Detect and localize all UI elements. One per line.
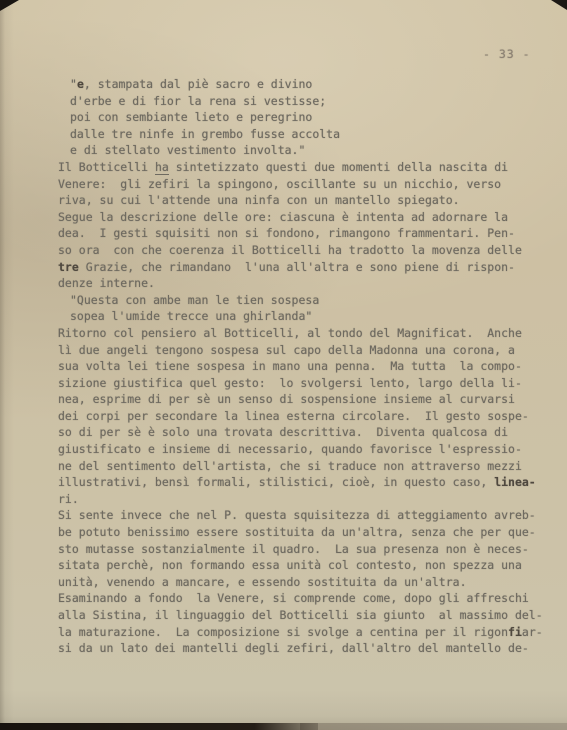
text-segment: Venere: gli zefiri la spingono, oscillan…: [58, 177, 501, 191]
text-segment: ": [70, 77, 77, 91]
text-segment: ri.: [58, 492, 79, 506]
text-segment: lì due angeli tengono sospesa sul capo d…: [58, 343, 515, 357]
text-line: illustrativi, bensì formali, stilistici,…: [58, 474, 558, 491]
scanned-page-photo: - 33 - "e, stampata dal piè sacro e divi…: [0, 0, 567, 730]
text-segment: Ritorno col pensiero al Botticelli, al t…: [58, 326, 522, 340]
text-segment: giustificato e insieme di necessario, qu…: [58, 442, 522, 456]
text-segment: be potuto benissimo essere sostituita da…: [58, 525, 536, 539]
text-segment: "Questa con ambe man le tien sospesa: [70, 293, 319, 307]
text-line: sopea l'umide trecce una ghirlanda": [58, 308, 558, 325]
text-line: Segue la descrizione delle ore: ciascuna…: [58, 209, 558, 226]
text-line: riva, su cui l'attende una ninfa con un …: [58, 192, 558, 209]
text-segment: Si sente invece che nel P. questa squisi…: [58, 508, 536, 522]
text-segment: alla Sistina, il linguaggio del Botticel…: [58, 608, 543, 622]
text-line: ri.: [58, 491, 558, 508]
text-segment: ar-: [522, 625, 543, 639]
text-line: giustificato e insieme di necessario, qu…: [58, 441, 558, 458]
text-segment: , stampata dal piè sacro e divino: [84, 77, 312, 91]
text-line: tre Grazie, che rimandano l'una all'altr…: [58, 259, 558, 276]
text-line: lì due angeli tengono sospesa sul capo d…: [58, 342, 558, 359]
text-segment: sua volta lei tiene sospesa in mano una …: [58, 359, 522, 373]
text-segment: Il Botticelli: [58, 160, 155, 174]
text-segment: Grazie, che rimandano l'una all'altra e …: [79, 260, 515, 274]
text-segment: illustrativi, bensì formali, stilistici,…: [58, 475, 494, 489]
text-segment: riva, su cui l'attende una ninfa con un …: [58, 193, 460, 207]
text-segment: denze interne.: [58, 276, 155, 290]
text-line: si da un lato dei mantelli degli zefiri,…: [58, 640, 558, 657]
text-segment: Esaminando a fondo la Venere, si compren…: [58, 591, 529, 605]
text-segment: e: [77, 77, 84, 91]
text-segment: linea-: [494, 475, 536, 489]
text-line: dalle tre ninfe in grembo fusse accolta: [58, 126, 558, 143]
text-segment: la maturazione. La composizione si svolg…: [58, 625, 508, 639]
page-number: - 33 -: [483, 47, 531, 61]
text-segment: d'erbe e di fior la rena si vestisse;: [70, 94, 326, 108]
text-line: be potuto benissimo essere sostituita da…: [58, 524, 558, 541]
text-line: nea, esprime di per sè un senso di sospe…: [58, 391, 558, 408]
text-line: Ritorno col pensiero al Botticelli, al t…: [58, 325, 558, 342]
text-line: sua volta lei tiene sospesa in mano una …: [58, 358, 558, 375]
text-line: sizione giustifica quel gesto: lo svolge…: [58, 375, 558, 392]
text-segment: Segue la descrizione delle ore: ciascuna…: [58, 210, 508, 224]
text-line: ne del sentimento dell'artista, che si t…: [58, 458, 558, 475]
text-segment: so di per sè è solo una trovata descritt…: [58, 425, 508, 439]
text-segment: sintetizzato questi due momenti della na…: [169, 160, 508, 174]
text-line: Esaminando a fondo la Venere, si compren…: [58, 590, 558, 607]
text-line: sitata perchè, non formando essa unità c…: [58, 557, 558, 574]
text-line: d'erbe e di fior la rena si vestisse;: [58, 93, 558, 110]
text-line: dei corpi per secondare la linea esterna…: [58, 408, 558, 425]
text-segment: nea, esprime di per sè un senso di sospe…: [58, 392, 515, 406]
text-line: poi con sembiante lieto e peregrino: [58, 109, 558, 126]
scan-edge-bottom-light: [300, 723, 567, 730]
text-line: so ora con che coerenza il Botticelli ha…: [58, 242, 558, 259]
text-segment: e di stellato vestimento involta.": [70, 143, 305, 157]
text-line: sto mutasse sostanzialmente il quadro. L…: [58, 541, 558, 558]
text-line: dea. I gesti squisiti non si fondono, ri…: [58, 225, 558, 242]
text-segment: unità, venendo a mancare, e essendo sost…: [58, 575, 467, 589]
text-segment: ne del sentimento dell'artista, che si t…: [58, 459, 522, 473]
text-segment: dalle tre ninfe in grembo fusse accolta: [70, 127, 340, 141]
text-line: unità, venendo a mancare, e essendo sost…: [58, 574, 558, 591]
text-segment: poi con sembiante lieto e peregrino: [70, 110, 312, 124]
text-line: Venere: gli zefiri la spingono, oscillan…: [58, 176, 558, 193]
text-segment: sizione giustifica quel gesto: lo svolge…: [58, 376, 522, 390]
text-segment: tre: [58, 260, 79, 274]
text-line: "Questa con ambe man le tien sospesa: [58, 292, 558, 309]
text-segment: sitata perchè, non formando essa unità c…: [58, 558, 522, 572]
text-line: alla Sistina, il linguaggio del Botticel…: [58, 607, 558, 624]
text-line: Si sente invece che nel P. questa squisi…: [58, 507, 558, 524]
text-segment: dei corpi per secondare la linea esterna…: [58, 409, 529, 423]
scan-edge-bottom-dark: [0, 723, 318, 730]
text-segment: fi: [508, 625, 522, 639]
text-line: e di stellato vestimento involta.": [58, 142, 558, 159]
text-segment: dea. I gesti squisiti non si fondono, ri…: [58, 226, 515, 240]
text-segment: sto mutasse sostanzialmente il quadro. L…: [58, 542, 529, 556]
text-line: so di per sè è solo una trovata descritt…: [58, 424, 558, 441]
text-segment: sopea l'umide trecce una ghirlanda": [70, 309, 312, 323]
typewritten-text: "e, stampata dal piè sacro e divinod'erb…: [58, 76, 558, 657]
text-line: la maturazione. La composizione si svolg…: [58, 624, 558, 641]
scan-corner-top-left: [0, 0, 19, 11]
text-line: denze interne.: [58, 275, 558, 292]
text-segment: si da un lato dei mantelli degli zefiri,…: [58, 641, 529, 655]
text-line: "e, stampata dal piè sacro e divino: [58, 76, 558, 93]
text-segment: ha: [155, 160, 169, 175]
scan-corner-top-right: [551, 0, 567, 10]
text-segment: so ora con che coerenza il Botticelli ha…: [58, 243, 522, 257]
text-line: Il Botticelli ha sintetizzato questi due…: [58, 159, 558, 176]
